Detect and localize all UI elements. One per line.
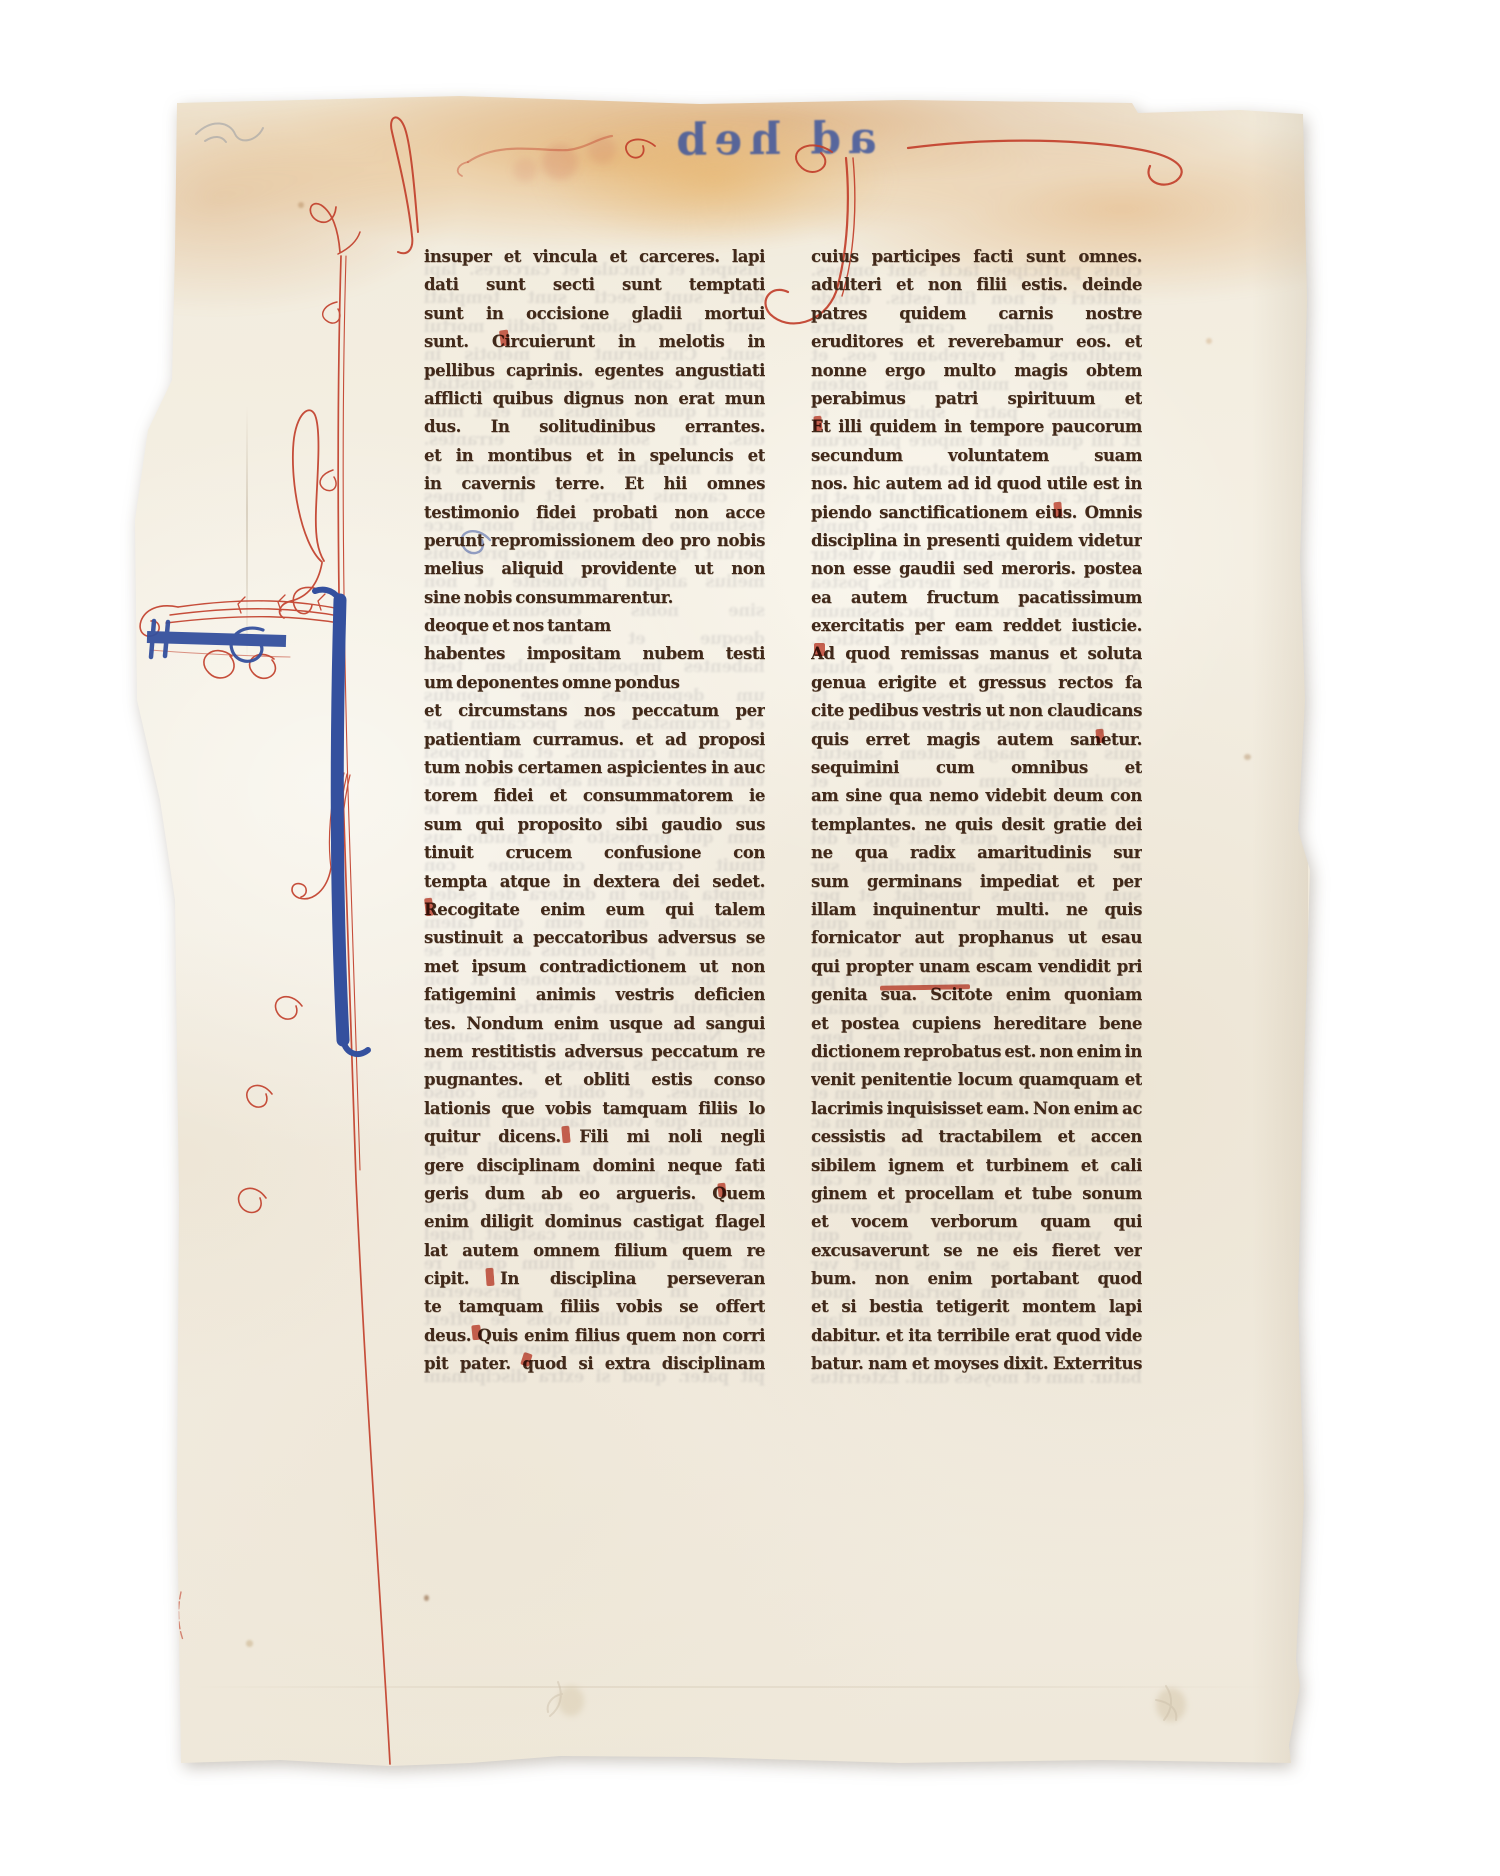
crease-marks [548, 1682, 1177, 1720]
photo-background: insuper et vincula et carceres. lapidati… [0, 0, 1500, 1876]
text-column-right: cuius participes facti sunt omnes. ergoa… [811, 243, 1142, 1379]
pencil-scribble [196, 123, 263, 142]
blue-initial-i [315, 590, 368, 1054]
rubric-mark [813, 416, 822, 432]
rubric-mark [561, 1126, 570, 1144]
rubric-mark [1053, 502, 1062, 518]
rubric-mark [814, 643, 825, 656]
rubric-mark [1095, 729, 1104, 744]
rubric-mark [717, 1183, 726, 1198]
header-showthrough-blobs [513, 136, 616, 182]
leaf: insuper et vincula et carceres. lapidati… [0, 0, 1500, 1876]
rubric-mark [485, 1268, 494, 1287]
text-column-left: insuper et vincula et carceres. lapidati… [424, 243, 765, 1379]
rubric-mark [471, 1325, 482, 1341]
leaf-shadow: insuper et vincula et carceres. lapidati… [0, 0, 1500, 1876]
